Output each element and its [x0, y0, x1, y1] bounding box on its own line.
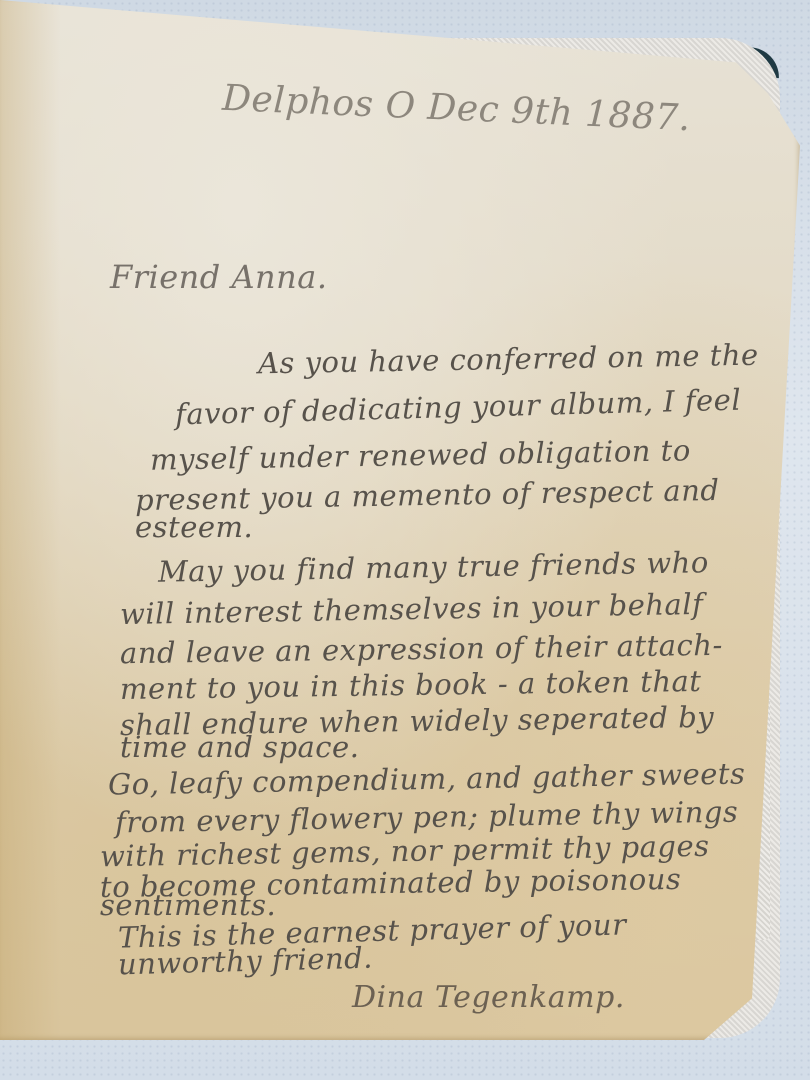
letter-line: As you have conferred on me the — [258, 338, 759, 381]
letter-line: favor of dedicating your album, I feel — [175, 383, 742, 432]
letter-signature: Dina Tegenkamp. — [352, 980, 625, 1015]
letter-line: unworthy friend. — [118, 941, 374, 982]
letter-line: myself under renewed obligation to — [150, 433, 691, 476]
letter-line: and leave an expression of their attach- — [120, 628, 723, 670]
letter-line: esteem. — [135, 510, 253, 544]
letter-salutation: Friend Anna. — [110, 258, 328, 296]
letter-line: will interest themselves in your behalf — [120, 587, 704, 631]
letter-heading: Delphos O Dec 9th 1887. — [221, 78, 691, 139]
letter-line: ment to you in this book - a token that — [120, 664, 702, 706]
letter-line: May you find many true friends who — [158, 545, 709, 589]
handwritten-letter: Delphos O Dec 9th 1887. Friend Anna. As … — [0, 0, 810, 1080]
letter-line: time and space. — [120, 730, 359, 764]
